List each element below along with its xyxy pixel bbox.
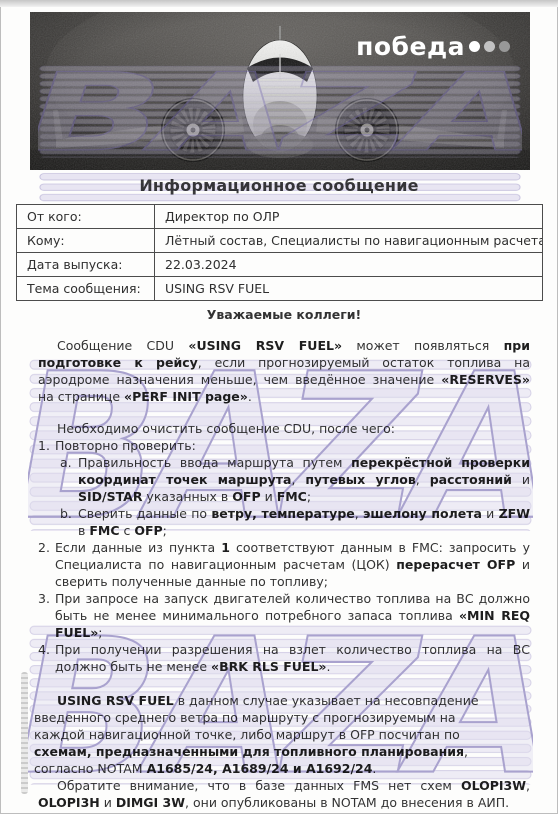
text: ;	[163, 523, 167, 538]
bold-text: OFP	[134, 523, 162, 538]
page-title: Информационное сообщение	[0, 176, 558, 195]
meta-label: Тема сообщения:	[17, 277, 155, 301]
bold-text: OLOPI3H	[38, 795, 100, 810]
text: Сверить данные по	[78, 506, 211, 521]
bold-text: FMC	[89, 523, 119, 538]
text: с	[120, 523, 135, 538]
message-body: Уважаемые коллеги! Сообщение CDU «USING …	[38, 306, 530, 811]
meta-label: Кому:	[17, 229, 155, 253]
meta-label: От кого:	[17, 205, 155, 229]
body-blocks: Сообщение CDU «USING RSV FUEL» может поя…	[38, 337, 530, 811]
bold-text: USING RSV FUEL	[57, 693, 174, 708]
text: и	[261, 489, 277, 504]
bold-text: 1	[221, 540, 230, 555]
scan-edge	[0, 0, 558, 7]
bold-text: «USING RSV FUEL»	[188, 338, 342, 353]
text: ,	[291, 472, 305, 487]
list-marker: a.	[60, 454, 78, 505]
list-text: При получении разрешения на взлет количе…	[55, 641, 530, 675]
text: на странице	[38, 389, 124, 404]
block-lead: Необходимо очистить сообщение CDU, после…	[38, 420, 530, 437]
pobeda-logo-text: победа	[356, 34, 465, 59]
bold-text: SID/STAR	[78, 489, 142, 504]
text: .	[372, 761, 376, 776]
list-marker: b.	[60, 505, 78, 539]
block-sub: a.Правильность ввода маршрута путем пере…	[60, 454, 530, 505]
meta-value: USING RSV FUEL	[155, 277, 543, 301]
meta-value: Лётный состав, Специалисты по навигацион…	[155, 229, 543, 253]
text: и	[482, 506, 499, 521]
meta-row: От кого:Директор по ОЛР	[17, 205, 543, 229]
bold-text: перерасчет OFP	[396, 557, 515, 572]
text: в	[78, 523, 89, 538]
meta-table: От кого:Директор по ОЛРКому:Лётный соста…	[16, 204, 543, 301]
bold-text: A1685/24, A1689/24 и A1692/24	[147, 761, 373, 776]
block-outro: Обратите внимание, что в базе данных FMS…	[38, 777, 530, 811]
list-text: Правильность ввода маршрута путем перекр…	[78, 454, 530, 505]
bold-text: FMC	[277, 489, 307, 504]
text: ,	[355, 506, 363, 521]
meta-value: 22.03.2024	[155, 253, 543, 277]
text: ;	[307, 489, 311, 504]
list-text: Если данные из пункта 1 соответствуют да…	[55, 539, 530, 590]
logo-dot	[469, 41, 480, 52]
text: .	[327, 659, 331, 674]
bold-text: ветру, температуре	[211, 506, 354, 521]
meta-label: Дата выпуска:	[17, 253, 155, 277]
list-marker: 1.	[38, 437, 55, 454]
text: Сообщение CDU	[57, 338, 188, 353]
text: и	[100, 795, 116, 810]
bold-text: «RESERVES»	[441, 372, 530, 387]
block-num: 1.Повторно проверить:	[38, 437, 530, 454]
bold-text: расстояний	[430, 472, 512, 487]
bold-text: «PERF INIT page»	[124, 389, 248, 404]
block-num: 3.При запросе на запуск двигателей колич…	[38, 590, 530, 641]
list-text: Повторно проверить:	[55, 437, 530, 454]
text: ,	[416, 472, 430, 487]
bold-text: эшелону полета	[363, 506, 482, 521]
bold-text: схемам, предназначенными для топливного …	[34, 744, 464, 759]
text: Обратите внимание, что в базе данных FMS…	[57, 778, 461, 793]
meta-value: Директор по ОЛР	[155, 205, 543, 229]
list-marker: 2.	[38, 539, 55, 590]
scan-binding-artifact	[21, 672, 28, 794]
text: может появляться	[342, 338, 504, 353]
bold-text: «BRK RLS FUEL»	[211, 659, 326, 674]
block-num: 4.При получении разрешения на взлет коли…	[38, 641, 530, 675]
block-note: USING RSV FUEL в данном случае указывает…	[34, 692, 488, 777]
bold-text: ZFW	[499, 506, 530, 521]
meta-row: Дата выпуска:22.03.2024	[17, 253, 543, 277]
document-page: победа Информационное сообщение От кого:…	[0, 0, 558, 814]
header-photo: победа	[30, 12, 530, 170]
text: ,	[526, 778, 530, 793]
block-sub: b.Сверить данные по ветру, температуре, …	[60, 505, 530, 539]
list-marker: 4.	[38, 641, 55, 675]
meta-row: Кому:Лётный состав, Специалисты по навиг…	[17, 229, 543, 253]
bold-text: OLOPI3W	[461, 778, 526, 793]
text: указанных в	[142, 489, 232, 504]
bold-text: DIMGI 3W	[116, 795, 185, 810]
meta-row: Тема сообщения:USING RSV FUEL	[17, 277, 543, 301]
greeting: Уважаемые коллеги!	[38, 306, 530, 323]
bold-text: путевых углов	[305, 472, 415, 487]
text: Если данные из пункта	[55, 540, 221, 555]
pobeda-logo: победа	[356, 34, 510, 59]
text: ;	[98, 625, 102, 640]
block-intro: Сообщение CDU «USING RSV FUEL» может поя…	[38, 337, 530, 405]
block-num: 2.Если данные из пункта 1 соответствуют …	[38, 539, 530, 590]
meta-table-body: От кого:Директор по ОЛРКому:Лётный соста…	[17, 205, 543, 301]
list-marker: 3.	[38, 590, 55, 641]
text: .	[248, 389, 252, 404]
text: Необходимо очистить сообщение CDU, после…	[57, 421, 395, 436]
list-text: При запросе на запуск двигателей количес…	[55, 590, 530, 641]
logo-dot	[499, 41, 510, 52]
text: , они опубликованы в NOTAM до внесения в…	[185, 795, 509, 810]
list-text: Сверить данные по ветру, температуре, эш…	[78, 505, 530, 539]
bold-text: OFP	[232, 489, 260, 504]
text: Повторно проверить:	[55, 438, 196, 453]
text: и	[512, 472, 530, 487]
text: Правильность ввода маршрута путем	[78, 455, 351, 470]
logo-dot	[484, 41, 495, 52]
